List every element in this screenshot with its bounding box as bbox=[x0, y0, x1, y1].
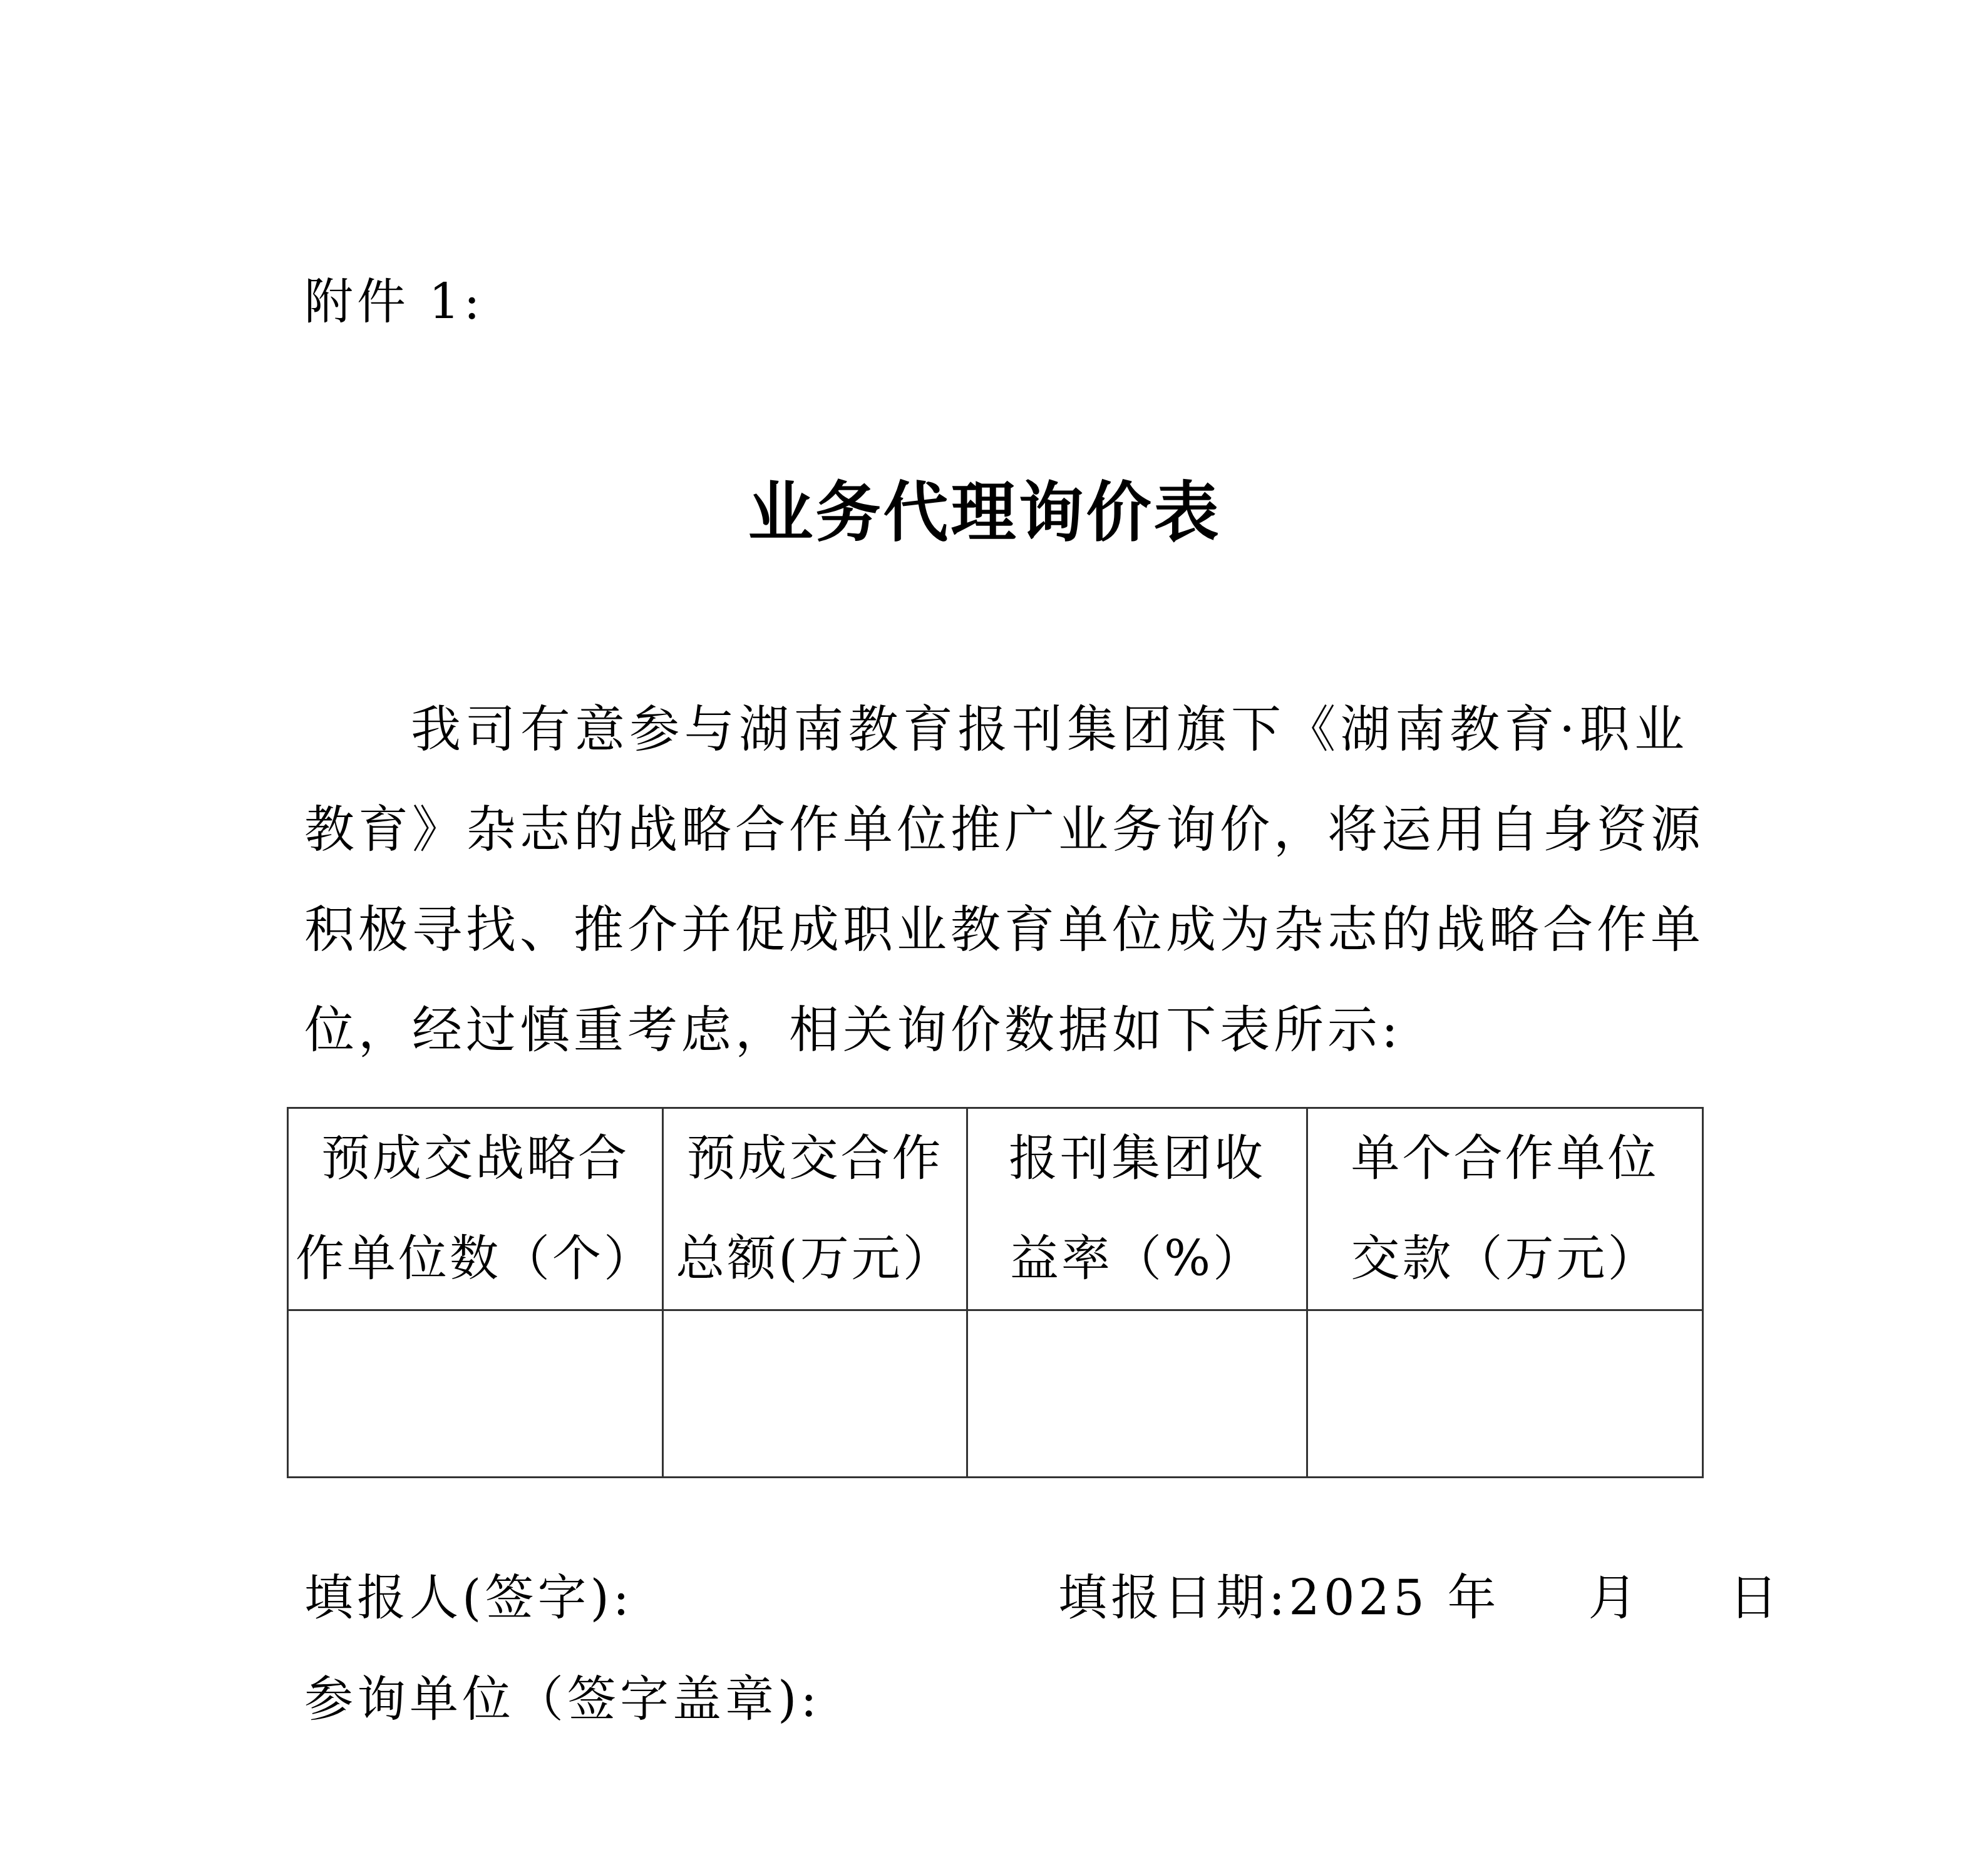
table-header-row: 预成交战略合 作单位数（个） 预成交合作 总额(万元） 报刊集团收 益率（%） … bbox=[288, 1108, 1703, 1310]
cell-yield-rate[interactable] bbox=[967, 1310, 1307, 1478]
header-line: 预成交战略合 bbox=[289, 1109, 662, 1209]
header-line: 总额(万元） bbox=[664, 1209, 966, 1309]
date-label: 填报日期: bbox=[1058, 1570, 1289, 1627]
quote-table: 预成交战略合 作单位数（个） 预成交合作 总额(万元） 报刊集团收 益率（%） … bbox=[287, 1107, 1704, 1478]
day-unit: 日 bbox=[1729, 1570, 1781, 1627]
header-line: 报刊集团收 bbox=[968, 1109, 1306, 1209]
date-year: 2025 bbox=[1289, 1570, 1428, 1627]
header-total-amount: 预成交合作 总额(万元） bbox=[663, 1108, 967, 1310]
cell-unit-payment[interactable] bbox=[1307, 1310, 1703, 1478]
header-line: 益率（%） bbox=[968, 1209, 1306, 1309]
filler-signature-label: 填报人(签字): bbox=[304, 1559, 633, 1629]
header-line: 作单位数（个） bbox=[289, 1209, 662, 1309]
year-unit: 年 bbox=[1448, 1570, 1500, 1627]
header-line: 交款（万元） bbox=[1308, 1209, 1702, 1309]
intro-paragraph: 我司有意参与湖南教育报刊集团旗下《湖南教育·职业 教育》杂志的战略合作单位推广业… bbox=[304, 679, 1688, 1080]
paragraph-line: 教育》杂志的战略合作单位推广业务询价，将运用自身资源 bbox=[304, 779, 1688, 880]
cell-total-amount[interactable] bbox=[663, 1310, 967, 1478]
fill-date: 填报日期:2025 年 月 日 bbox=[1058, 1559, 1781, 1629]
attachment-label: 附件 1: bbox=[304, 263, 484, 333]
cell-partner-count[interactable] bbox=[288, 1310, 663, 1478]
page-title: 业务代理询价表 bbox=[0, 460, 1988, 554]
paragraph-line: 积极寻找、推介并促成职业教育单位成为杂志的战略合作单 bbox=[304, 880, 1688, 980]
header-line: 预成交合作 bbox=[664, 1109, 966, 1209]
header-unit-payment: 单个合作单位 交款（万元） bbox=[1307, 1108, 1703, 1310]
header-partner-count: 预成交战略合 作单位数（个） bbox=[288, 1108, 663, 1310]
table-row bbox=[288, 1310, 1703, 1478]
month-unit: 月 bbox=[1588, 1570, 1640, 1627]
paragraph-line: 我司有意参与湖南教育报刊集团旗下《湖南教育·职业 bbox=[304, 679, 1688, 779]
inquiring-unit-signature-label: 参询单位（签字盖章): bbox=[304, 1660, 821, 1731]
header-line: 单个合作单位 bbox=[1308, 1109, 1702, 1209]
header-yield-rate: 报刊集团收 益率（%） bbox=[967, 1108, 1307, 1310]
paragraph-line: 位，经过慎重考虑，相关询价数据如下表所示: bbox=[304, 980, 1688, 1080]
